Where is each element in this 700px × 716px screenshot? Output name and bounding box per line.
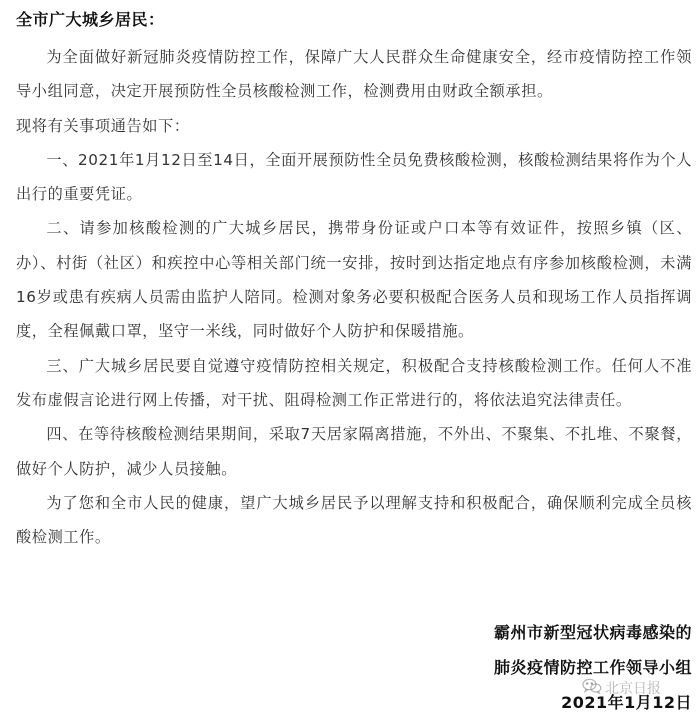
greeting-heading: 全市广大城乡居民： <box>16 9 165 31</box>
signature-org-line-2: 肺炎疫情防控工作领导小组 <box>494 657 692 679</box>
item-2-paragraph: 二、请参加核酸检测的广大城乡居民，携带身份证或户口本等有效证件，按照乡镇（区、办… <box>16 211 692 348</box>
signature-org-line-1: 霸州市新型冠状病毒感染的 <box>494 622 692 644</box>
closing-paragraph: 为了您和全市人民的健康，望广大城乡居民予以理解支持和积极配合，确保顺利完成全员核… <box>16 486 692 555</box>
intro-paragraph: 为全面做好新冠肺炎疫情防控工作，保障广大人民群众生命健康安全，经市疫情防控工作领… <box>16 40 692 109</box>
notice-lead-paragraph: 现将有关事项通告如下： <box>16 109 692 143</box>
item-1-paragraph: 一、2021年1月12日至14日，全面开展预防性全员免费核酸检测，核酸检测结果将… <box>16 143 692 212</box>
item-3-paragraph: 三、广大城乡居民要自觉遵守疫情防控相关规定，积极配合支持核酸检测工作。任何人不准… <box>16 349 692 418</box>
notice-body: 为全面做好新冠肺炎疫情防控工作，保障广大人民群众生命健康安全，经市疫情防控工作领… <box>16 40 692 554</box>
item-4-paragraph: 四、在等待核酸检测结果期间，采取7天居家隔离措施，不外出、不聚集、不扎堆、不聚餐… <box>16 417 692 486</box>
signature-date: 2021年1月12日 <box>561 692 692 714</box>
